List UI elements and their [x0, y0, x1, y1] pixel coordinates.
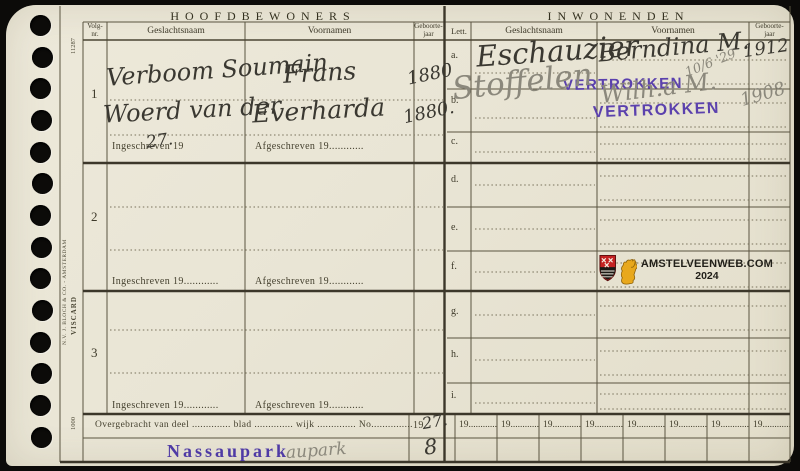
section-title-inwonenden: INWONENDEN — [447, 9, 790, 24]
letter-i: i. — [451, 390, 456, 401]
letter-d: d. — [451, 174, 459, 185]
col-header-geboortejaar-left: Geboorte- jaar — [414, 23, 443, 38]
pencil-street-note: aupark — [285, 439, 347, 463]
letter-f: f. — [451, 261, 457, 272]
afgeschreven-label-1: Afgeschreven 19............ — [255, 141, 364, 152]
letter-g: g. — [451, 306, 459, 317]
coat-of-arms-and-lion-icon — [598, 253, 637, 287]
col-header-volgnr-line2: nr. — [91, 30, 98, 38]
year-column-8: 19............ — [753, 420, 791, 430]
ingeschreven-label-2: Ingeschreven 19............ — [112, 276, 219, 287]
print-code-bottom: 1000 — [70, 398, 77, 430]
afgeschreven-label-3: Afgeschreven 19............ — [255, 400, 364, 411]
year-column-5: 19............ — [627, 420, 665, 430]
handwriting-house-number: 8 — [423, 434, 439, 459]
year-column-4: 19............ — [585, 420, 623, 430]
handwriting-ingeschreven-year-1: 27. — [145, 129, 175, 153]
transfer-line: Overgebracht van deel .............. bla… — [95, 420, 413, 430]
col-header-geslachtsnaam-left: Geslachtsnaam — [107, 26, 245, 36]
print-code-top: 11287 — [70, 12, 77, 54]
afgeschreven-label-2: Afgeschreven 19............ — [255, 276, 364, 287]
year-column-2: 19............ — [501, 420, 539, 430]
year-column-7: 19............ — [711, 420, 749, 430]
letter-a: a. — [451, 50, 458, 61]
letter-h: h. — [451, 349, 459, 360]
letter-e: e. — [451, 222, 458, 233]
year-column-6: 19............ — [669, 420, 707, 430]
scanned-register-card: 11287 VISCARD N.V. J. BLOCH & CO. - AMST… — [0, 0, 800, 471]
printer-brand: VISCARD — [70, 185, 78, 335]
section-title-hoofdbewoners: HOOFDBEWONERS — [83, 9, 443, 24]
letter-c: c. — [451, 136, 458, 147]
col-header-voornamen-left: Voornamen — [245, 26, 414, 36]
watermark-site: AMSTELVEENWEB.COM — [641, 258, 773, 270]
year-column-1: 19............ — [459, 420, 497, 430]
printer-name: N.V. J. BLOCH & CO. - AMSTERDAM — [62, 175, 68, 345]
ingeschreven-label-3: Ingeschreven 19............ — [112, 400, 219, 411]
row-number-3: 3 — [91, 345, 98, 361]
handwriting-firstname-1: Frans — [282, 56, 357, 89]
watermark-year: 2024 — [641, 270, 773, 282]
row-number-1: 1 — [91, 86, 98, 102]
nassaupark-stamp: Nassaupark — [167, 441, 289, 462]
year-column-3: 19............ — [543, 420, 581, 430]
col-header-lett: Lett. — [447, 26, 471, 36]
watermark: AMSTELVEENWEB.COM 2024 — [598, 250, 773, 290]
col-header-geboortejaar-left-line2: jaar — [423, 30, 434, 38]
row-number-2: 2 — [91, 209, 98, 225]
watermark-text: AMSTELVEENWEB.COM 2024 — [641, 258, 773, 282]
col-header-volgnr: Volg- nr. — [83, 23, 107, 38]
